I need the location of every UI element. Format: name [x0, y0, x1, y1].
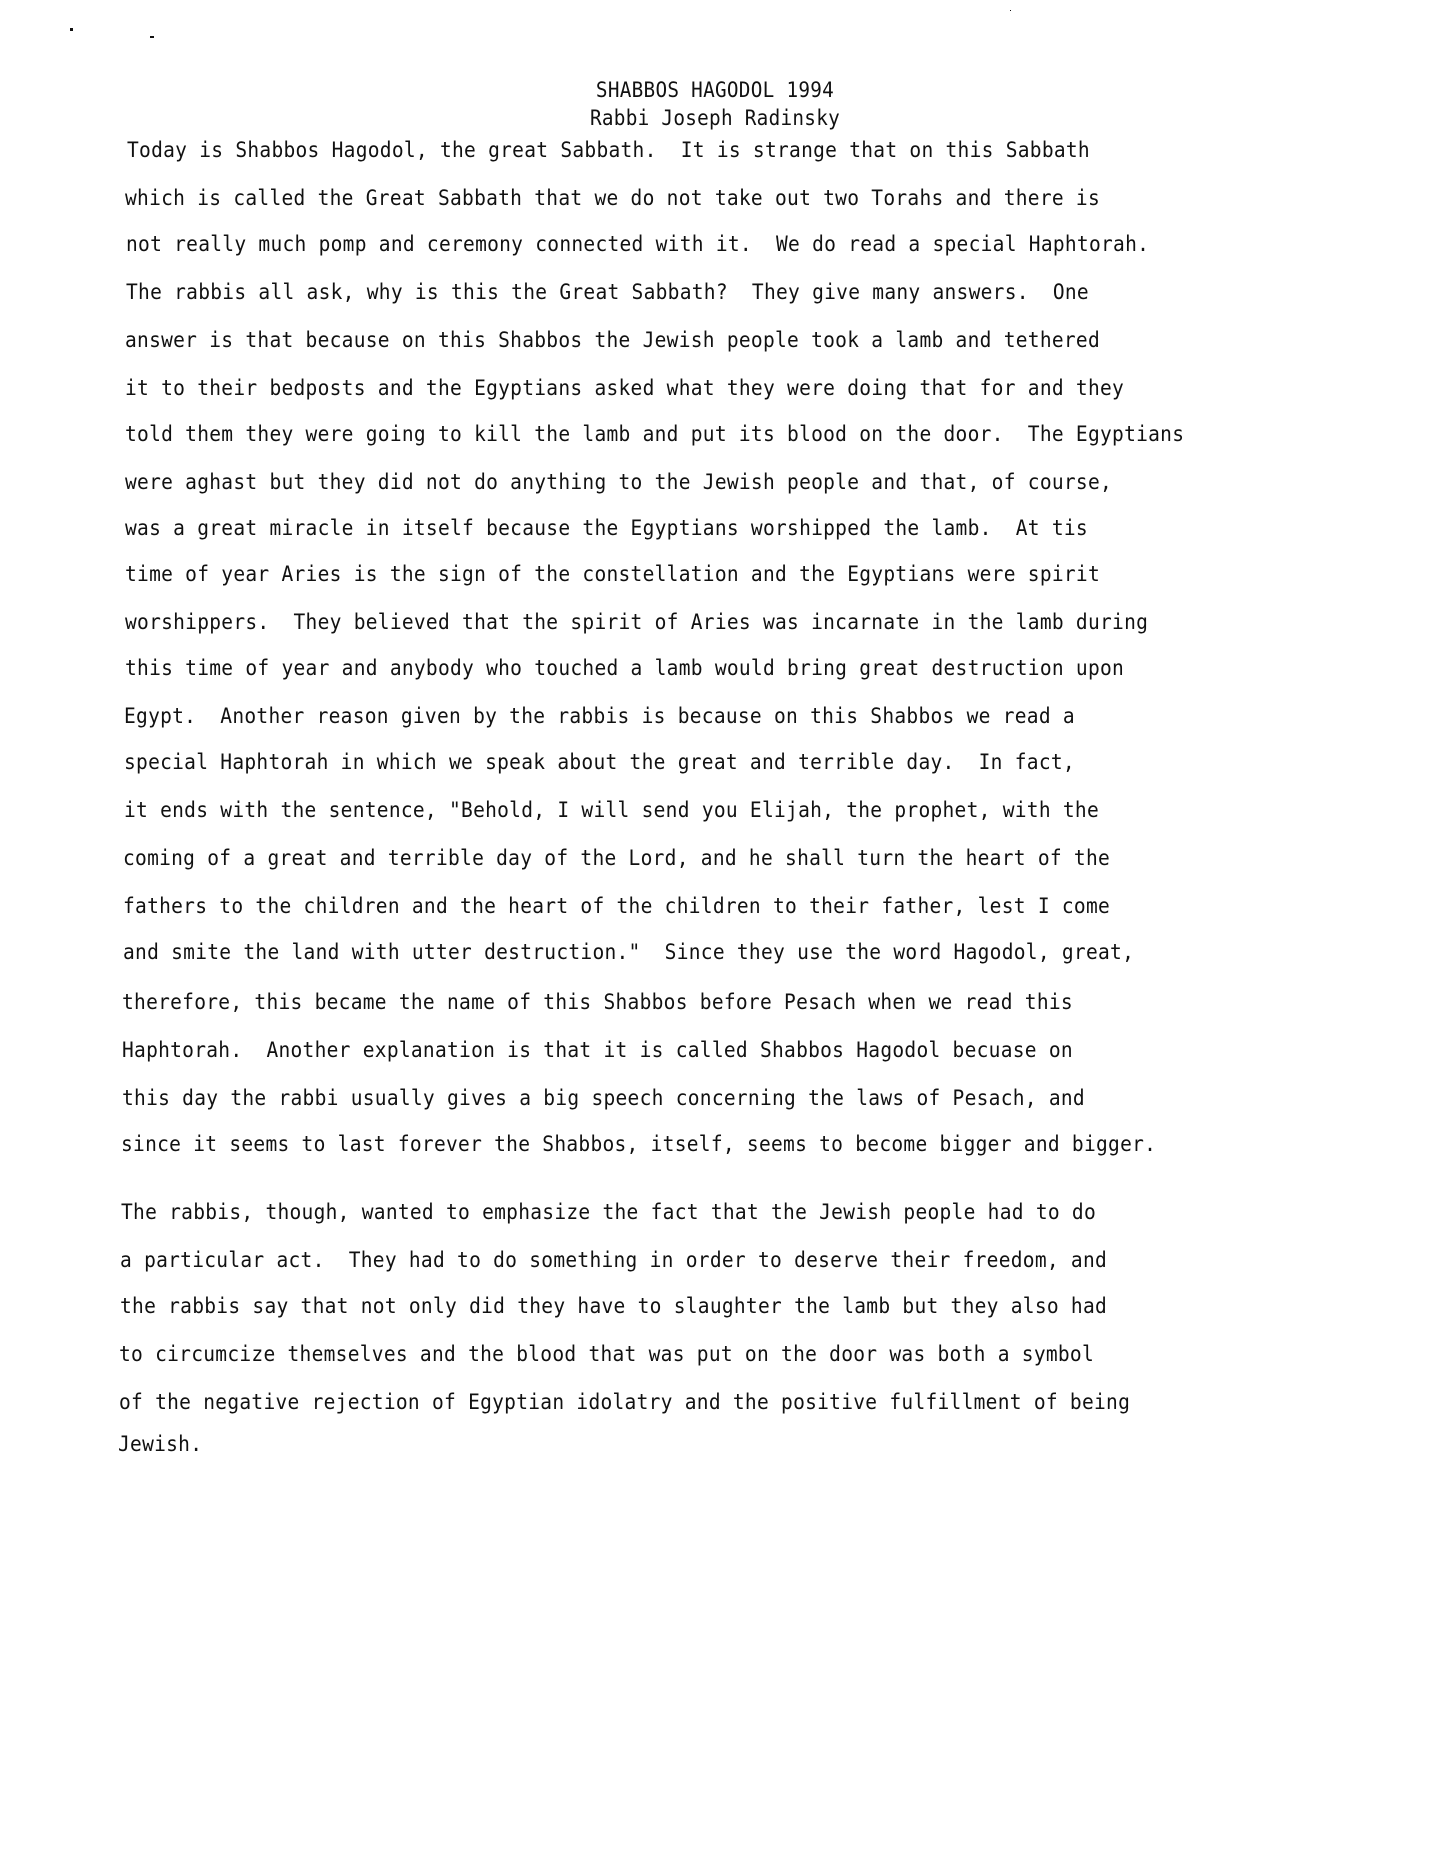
- text-line: it to their bedposts and the Egyptians a…: [125, 376, 1124, 400]
- text-line: answer is that because on this Shabbos t…: [125, 328, 1100, 352]
- document-page: SHABBOS HAGODOL 1994 Rabbi Joseph Radins…: [0, 0, 1430, 1851]
- text-line: which is called the Great Sabbath that w…: [125, 186, 1100, 210]
- text-line: this day the rabbi usually gives a big s…: [122, 1086, 1085, 1110]
- text-line: Jewish.: [118, 1432, 202, 1456]
- text-line: to circumcize themselves and the blood t…: [119, 1342, 1094, 1366]
- text-line: not really much pomp and ceremony connec…: [126, 232, 1149, 256]
- text-line: was a great miracle in itself because th…: [125, 516, 1088, 540]
- text-line: Today is Shabbos Hagodol, the great Sabb…: [127, 138, 1090, 162]
- text-line: coming of a great and terrible day of th…: [123, 846, 1110, 870]
- text-line: fathers to the children and the heart of…: [123, 894, 1110, 918]
- scan-speck: [70, 28, 73, 31]
- text-line: of the negative rejection of Egyptian id…: [119, 1390, 1130, 1414]
- text-line: were aghast but they did not do anything…: [125, 470, 1112, 494]
- text-line: a particular act. They had to do somethi…: [120, 1248, 1107, 1272]
- text-line: this time of year and anybody who touche…: [125, 656, 1124, 680]
- text-line: special Haphtorah in which we speak abou…: [124, 750, 1075, 774]
- text-line: The rabbis all ask, why is this the Grea…: [126, 280, 1089, 304]
- text-line: worshippers. They believed that the spir…: [125, 610, 1148, 634]
- text-line: since it seems to last forever the Shabb…: [121, 1132, 1156, 1156]
- scan-speck: [1010, 10, 1011, 11]
- document-author: Rabbi Joseph Radinsky: [57, 106, 1373, 130]
- scan-speck: [150, 36, 154, 38]
- document-title: SHABBOS HAGODOL 1994: [57, 78, 1373, 102]
- text-line: time of year Aries is the sign of the co…: [125, 562, 1100, 586]
- text-line: Egypt. Another reason given by the rabbi…: [124, 704, 1075, 728]
- text-line: Haphtorah. Another explanation is that i…: [122, 1038, 1073, 1062]
- text-line: therefore, this became the name of this …: [122, 990, 1073, 1014]
- text-line: The rabbis, though, wanted to emphasize …: [121, 1200, 1096, 1224]
- text-line: the rabbis say that not only did they ha…: [120, 1294, 1107, 1318]
- text-line: and smite the land with utter destructio…: [123, 940, 1134, 964]
- text-line: it ends with the sentence, "Behold, I wi…: [124, 798, 1099, 822]
- text-line: told them they were going to kill the la…: [125, 422, 1184, 446]
